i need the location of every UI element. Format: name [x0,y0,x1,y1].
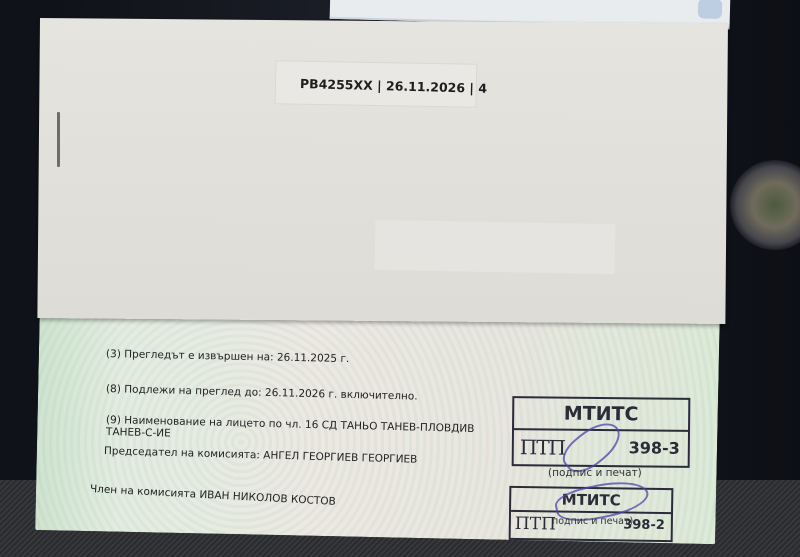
stamp-prefix: ПТП [520,435,565,459]
blurred-background-object [730,160,800,250]
stamp-caption: (подпис и печат) [548,467,642,479]
staple-icon [57,112,60,167]
stamp-caption: подпис и печат) [552,516,633,527]
faint-print-area [375,220,616,274]
stamp-prefix: ПТП [515,514,556,535]
stamp-number: 398-3 [629,438,680,458]
inspector-entity-cont: ТАНЕВ-С-ИЕ [106,426,171,440]
